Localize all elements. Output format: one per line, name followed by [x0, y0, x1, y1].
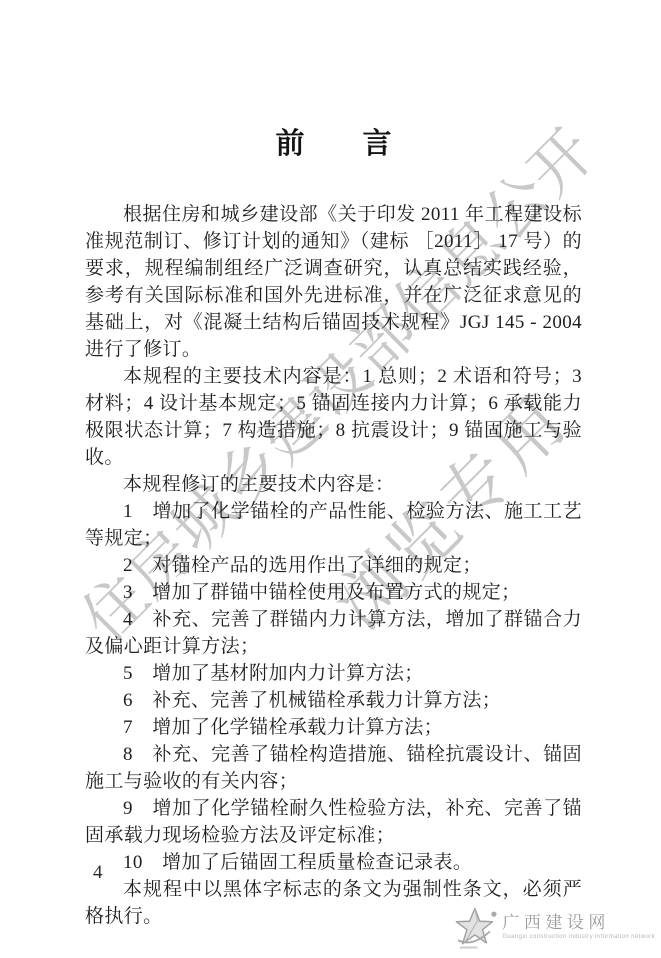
list-item-6: 6 补充、完善了机械锚栓承载力计算方法； [85, 687, 582, 714]
logo-name: 广西建设网 [502, 913, 610, 933]
logo-tagline: Guangxi construction industry informatio… [502, 933, 655, 941]
list-item-4: 4 补充、完善了群锚内力计算方法，增加了群锚合力及偏心距计算方法； [85, 606, 582, 660]
site-logo: 广西建设网 Guangxi construction industry info… [451, 902, 655, 952]
list-item-7: 7 增加了化学锚栓承载力计算方法； [85, 714, 582, 741]
paragraph-intro: 根据住房和城乡建设部《关于印发 2011 年工程建设标准规范制订、修订计划的通知… [85, 201, 582, 363]
list-item-3: 3 增加了群锚中锚栓使用及布置方式的规定； [85, 579, 582, 606]
star-logo-icon [451, 902, 497, 952]
list-item-10: 10 增加了后锚固工程质量检查记录表。 [85, 849, 582, 876]
page-number: 4 [93, 862, 103, 884]
list-item-5: 5 增加了基材附加内力计算方法； [85, 660, 582, 687]
list-item-9: 9 增加了化学锚栓耐久性检验方法，补充、完善了锚固承载力现场检验方法及评定标准； [85, 795, 582, 849]
paragraph-contents: 本规程的主要技术内容是：1 总则；2 术语和符号；3 材料；4 设计基本规定；5… [85, 363, 582, 471]
document-page: 住房城乡建设部信息公开 浏览专用 前 言 根据住房和城乡建设部《关于印发 201… [0, 0, 661, 958]
paragraph-revision-lead: 本规程修订的主要技术内容是： [85, 471, 582, 498]
list-item-8: 8 补充、完善了锚栓构造措施、锚栓抗震设计、锚固施工与验收的有关内容； [85, 741, 582, 795]
list-item-1: 1 增加了化学锚栓的产品性能、检验方法、施工工艺等规定； [85, 498, 582, 552]
document-content: 前 言 根据住房和城乡建设部《关于印发 2011 年工程建设标准规范制订、修订计… [85, 126, 582, 930]
page-title: 前 言 [85, 126, 582, 162]
list-item-2: 2 对锚栓产品的选用作出了详细的规定； [85, 552, 582, 579]
